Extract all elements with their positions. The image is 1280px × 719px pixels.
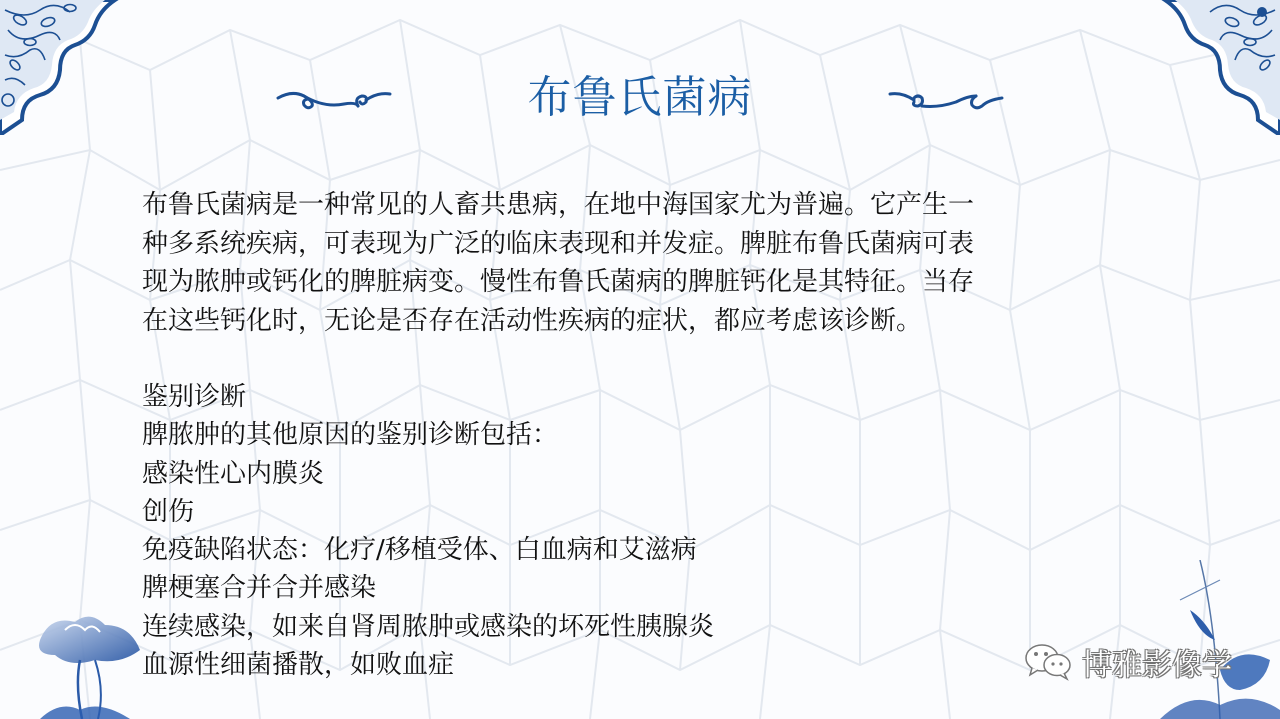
list-item: 感染性心内膜炎 bbox=[142, 455, 1182, 493]
differential-subheading: 脾脓肿的其他原因的鉴别诊断包括： bbox=[142, 416, 1182, 454]
list-item: 脾梗塞合并合并感染 bbox=[142, 569, 1182, 607]
intro-line: 种多系统疾病，可表现为广泛的临床表现和并发症。脾脏布鲁氏菌病可表 bbox=[142, 225, 1182, 264]
wechat-watermark: 博雅影像学 bbox=[1024, 640, 1232, 684]
intro-line: 在这些钙化时，无论是否存在活动性疾病的症状，都应考虑该诊断。 bbox=[142, 302, 1182, 341]
title-row: 布鲁氏菌病 bbox=[0, 66, 1280, 130]
slide-title: 布鲁氏菌病 bbox=[0, 68, 1280, 128]
differential-heading: 鉴别诊断 bbox=[142, 378, 1182, 416]
scroll-ornament-right-icon bbox=[888, 86, 1006, 112]
intro-line: 布鲁氏菌病是一种常见的人畜共患病，在地中海国家尤为普遍。它产生一 bbox=[142, 186, 1182, 225]
differential-section: 鉴别诊断 脾脓肿的其他原因的鉴别诊断包括： 感染性心内膜炎 创伤 免疫缺陷状态：… bbox=[142, 378, 1182, 684]
list-item: 免疫缺陷状态：化疗/移植受体、白血病和艾滋病 bbox=[142, 531, 1182, 569]
slide-body: 布鲁氏菌病是一种常见的人畜共患病，在地中海国家尤为普遍。它产生一 种多系统疾病，… bbox=[142, 186, 1182, 684]
wechat-icon bbox=[1024, 642, 1074, 682]
intro-paragraph: 布鲁氏菌病是一种常见的人畜共患病，在地中海国家尤为普遍。它产生一 种多系统疾病，… bbox=[142, 186, 1182, 340]
list-item: 创伤 bbox=[142, 493, 1182, 531]
intro-line: 现为脓肿或钙化的脾脏病变。慢性布鲁氏菌病的脾脏钙化是其特征。当存 bbox=[142, 263, 1182, 302]
watermark-text: 博雅影像学 bbox=[1082, 640, 1232, 684]
lotus-decoration bbox=[20, 610, 160, 719]
